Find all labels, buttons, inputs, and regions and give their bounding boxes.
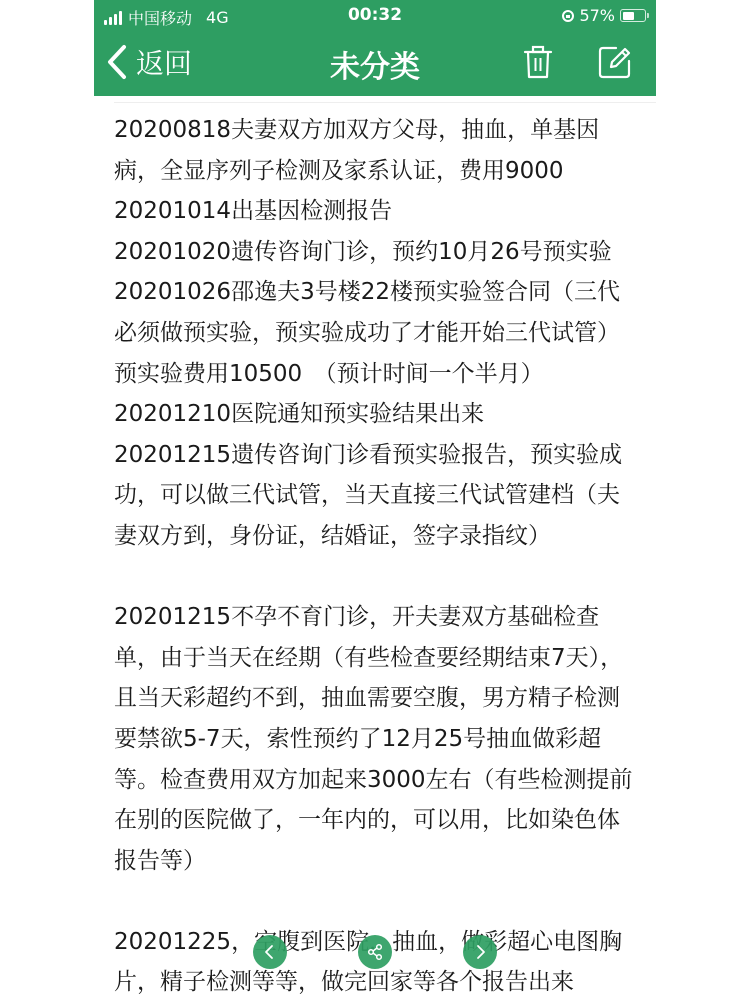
share-icon xyxy=(366,943,384,961)
note-content[interactable]: 20200818夫妻双方加双方父母，抽血，单基因病，全显序列子检测及家系认证，费… xyxy=(114,110,639,1000)
trash-icon xyxy=(523,45,553,79)
share-button[interactable] xyxy=(358,935,392,969)
arrow-right-icon xyxy=(472,944,488,960)
note-line: 20201014出基因检测报告 xyxy=(114,191,639,232)
edit-button[interactable] xyxy=(595,42,635,82)
blank-line xyxy=(114,881,639,922)
page-title: 未分类 xyxy=(94,42,656,86)
battery-icon xyxy=(620,9,646,22)
note-line: 20201210医院通知预实验结果出来 xyxy=(114,394,639,435)
note-line: 20201020遗传咨询门诊，预约10月26号预实验 xyxy=(114,232,639,273)
note-line: 20201026邵逸夫3号楼22楼预实验签合同（三代必须做预实验，预实验成功了才… xyxy=(114,272,639,394)
previous-note-button[interactable] xyxy=(253,935,287,969)
note-line: 20200818夫妻双方加双方父母，抽血，单基因病，全显序列子检测及家系认证，费… xyxy=(114,110,639,191)
battery-fill xyxy=(623,12,635,20)
next-note-button[interactable] xyxy=(463,935,497,969)
note-line: 20201215不孕不育门诊，开夫妻双方基础检查单，由于当天在经期（有些检查要经… xyxy=(114,597,639,881)
phone-screen: 中国移动 4G 00:32 57% 返回 未分类 xyxy=(94,0,656,1000)
note-line: 20201215遗传咨询门诊看预实验报告，预实验成功，可以做三代试管，当天直接三… xyxy=(114,435,639,557)
delete-button[interactable] xyxy=(518,42,558,82)
battery-percent: 57% xyxy=(579,6,615,25)
status-bar: 中国移动 4G 00:32 57% xyxy=(94,0,656,32)
status-right: 57% xyxy=(562,6,646,25)
blank-line xyxy=(114,557,639,598)
nav-bar: 返回 未分类 xyxy=(94,32,656,92)
orientation-lock-icon xyxy=(562,10,574,22)
header-divider xyxy=(114,102,656,103)
arrow-left-icon xyxy=(262,944,278,960)
edit-icon xyxy=(598,45,632,79)
app-header: 中国移动 4G 00:32 57% 返回 未分类 xyxy=(94,0,656,96)
